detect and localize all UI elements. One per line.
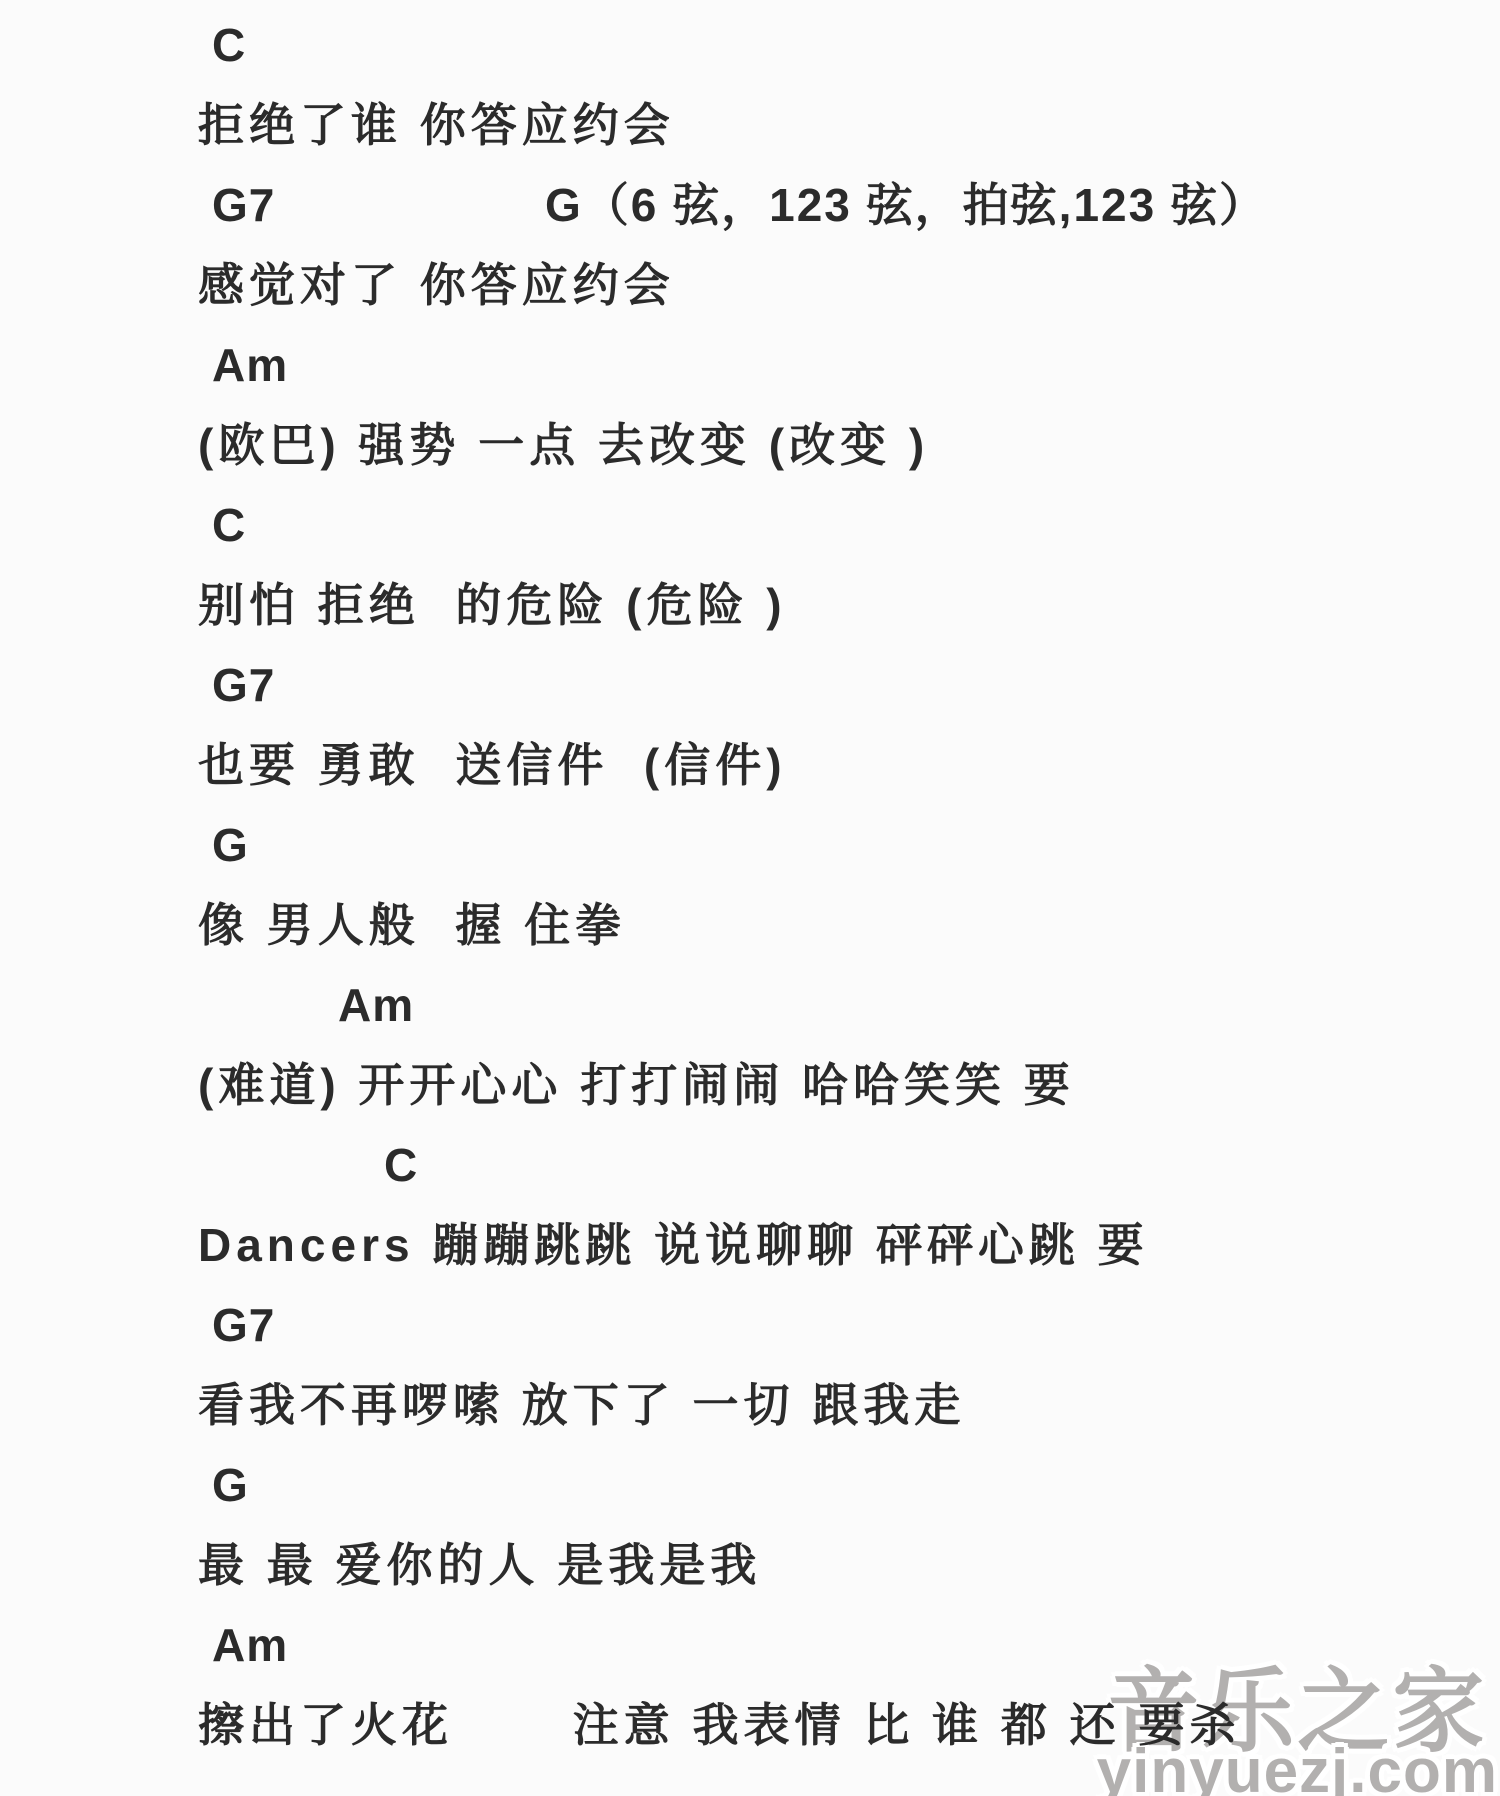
- chord-label: G7: [212, 182, 275, 228]
- chord-line: Am: [198, 1605, 1500, 1685]
- lyric-line: 最 最 爱你的人 是我是我: [198, 1525, 1500, 1605]
- lyric-text: 看我不再啰嗦 放下了 一切 跟我走: [198, 1382, 965, 1428]
- lyric-line: 也要 勇敢 送信件 (信件): [198, 725, 1500, 805]
- lyric-line: Dancers 蹦蹦跳跳 说说聊聊 砰砰心跳 要: [198, 1205, 1500, 1285]
- chord-label: Am: [212, 342, 288, 388]
- lyric-text: 也要 勇敢 送信件 (信件): [198, 742, 787, 788]
- chord-line: G: [198, 1445, 1500, 1525]
- lyric-text: 别怕 拒绝 的危险 (危险 ): [198, 582, 787, 628]
- chord-line: C: [198, 485, 1500, 565]
- chord-label: G: [212, 822, 249, 868]
- chord-line: Am: [198, 965, 1500, 1045]
- chord-label: C: [384, 1142, 418, 1188]
- lyric-text: 擦出了火花 注意 我表情 比 谁 都 还 要杀: [198, 1702, 1240, 1748]
- lyric-line: (难道) 开开心心 打打闹闹 哈哈笑笑 要: [198, 1045, 1500, 1125]
- chord-annotation: G（6 弦，123 弦，拍弦,123 弦）: [545, 182, 1267, 228]
- chord-line: G7G（6 弦，123 弦，拍弦,123 弦）: [198, 165, 1500, 245]
- lyric-line: 看我不再啰嗦 放下了 一切 跟我走: [198, 1365, 1500, 1445]
- chord-label: G7: [212, 1302, 275, 1348]
- lyric-text: (欧巴) 强势 一点 去改变 (改变 ): [198, 422, 929, 468]
- chord-label: C: [212, 22, 246, 68]
- chord-label: G: [212, 1462, 249, 1508]
- lyric-text: 感觉对了 你答应约会: [198, 262, 675, 308]
- lyric-text: 拒绝了谁 你答应约会: [198, 102, 675, 148]
- lyric-text: 最 最 爱你的人 是我是我: [198, 1542, 761, 1588]
- lyric-line: 像 男人般 握 住拳: [198, 885, 1500, 965]
- lyric-line: 擦出了火花 注意 我表情 比 谁 都 还 要杀: [198, 1685, 1500, 1765]
- chord-sheet-page: C拒绝了谁 你答应约会G7G（6 弦，123 弦，拍弦,123 弦）感觉对了 你…: [0, 0, 1500, 1796]
- lyric-text: 像 男人般 握 住拳: [198, 902, 626, 948]
- lyric-line: 拒绝了谁 你答应约会: [198, 85, 1500, 165]
- chord-label: C: [212, 502, 246, 548]
- chord-line: C: [198, 1125, 1500, 1205]
- lyric-text: Dancers 蹦蹦跳跳 说说聊聊 砰砰心跳 要: [198, 1222, 1149, 1268]
- chord-label: Am: [212, 1622, 288, 1668]
- chord-sheet: C拒绝了谁 你答应约会G7G（6 弦，123 弦，拍弦,123 弦）感觉对了 你…: [198, 5, 1500, 1765]
- chord-label: G7: [212, 662, 275, 708]
- chord-line: G7: [198, 1285, 1500, 1365]
- chord-line: G: [198, 805, 1500, 885]
- chord-line: G7: [198, 645, 1500, 725]
- lyric-line: (欧巴) 强势 一点 去改变 (改变 ): [198, 405, 1500, 485]
- chord-line: Am: [198, 325, 1500, 405]
- lyric-text: (难道) 开开心心 打打闹闹 哈哈笑笑 要: [198, 1062, 1075, 1108]
- lyric-line: 感觉对了 你答应约会: [198, 245, 1500, 325]
- chord-label: Am: [338, 982, 414, 1028]
- chord-line: C: [198, 5, 1500, 85]
- lyric-line: 别怕 拒绝 的危险 (危险 ): [198, 565, 1500, 645]
